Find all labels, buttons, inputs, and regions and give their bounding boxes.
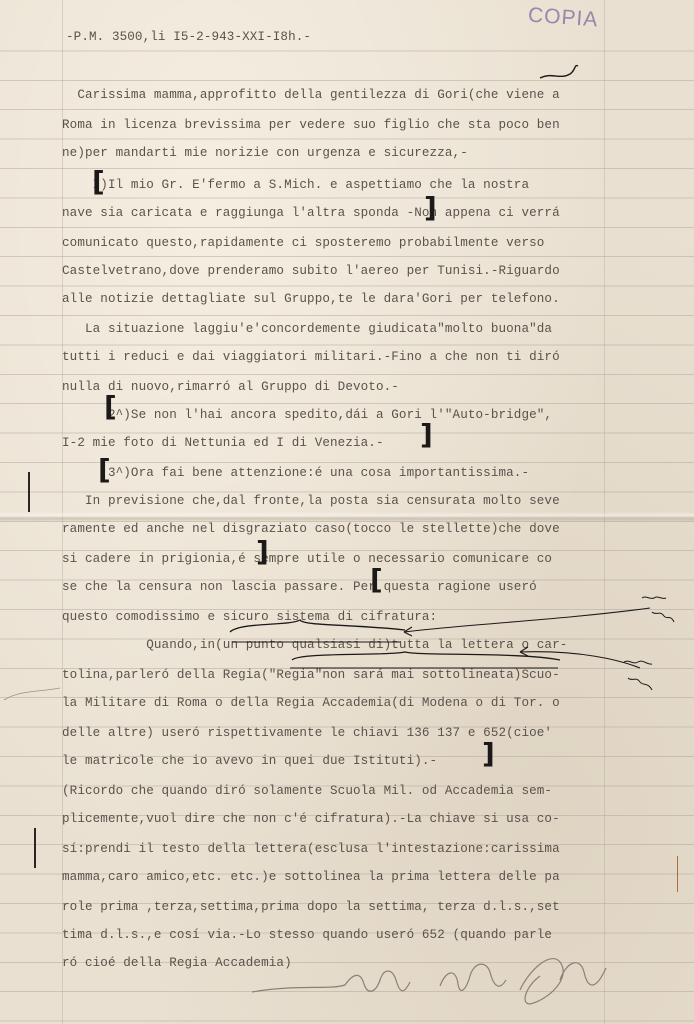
letter-line: ramente ed anche nel disgraziato caso(to… <box>62 522 560 536</box>
letter-line: si cadere in prigionia,é sempre utile o … <box>62 552 552 566</box>
paper-fold <box>0 512 694 522</box>
copia-stamp: COPIA <box>527 4 599 33</box>
letter-line: Carissima mamma,approfitto della gentile… <box>62 88 560 102</box>
letter-line: questo comodissimo e sicuro sistema di c… <box>62 610 437 624</box>
letter-line: comunicato questo,rapidamente ci sposter… <box>62 236 544 250</box>
letter-line: Roma in licenza brevissima per vedere su… <box>62 118 560 132</box>
letter-line: se che la censura non lascia passare. Pe… <box>62 580 537 594</box>
bracket-open: [ <box>92 168 105 196</box>
letter-line: mamma,caro amico,etc. etc.)e sottolinea … <box>62 870 560 884</box>
letter-line: tolina,parleró della Regia("Regia"non sa… <box>62 668 560 682</box>
letter-line: delle altre) useró rispettivamente le ch… <box>62 726 552 740</box>
bracket-open: [ <box>104 393 117 421</box>
bracket-close: ] <box>482 740 495 768</box>
bracket-open: [ <box>370 566 383 594</box>
letter-line: nave sia caricata e raggiunga l'altra sp… <box>62 206 560 220</box>
margin-mark <box>34 828 36 868</box>
letter-line: tima d.l.s.,e cosí via.-Lo stesso quando… <box>62 928 552 942</box>
letter-line: ró cioé della Regia Accademia) <box>62 956 292 970</box>
letter-line: alle notizie dettagliate sul Gruppo,te l… <box>62 292 560 306</box>
letter-line: (Ricordo che quando diró solamente Scuol… <box>62 784 552 798</box>
letter-line: I)Il mio Gr. E'fermo a S.Mich. e aspetti… <box>62 178 529 192</box>
letter-line: In previsione che,dal fronte,la posta si… <box>62 494 560 508</box>
letter-line: Quando,in(un punto qualsiasi di)tutta la… <box>62 638 567 652</box>
bracket-close: ] <box>424 194 437 222</box>
letter-line: I-2 mie foto di Nettunia ed I di Venezia… <box>62 436 384 450</box>
letter-line: Castelvetrano,dove prenderamo subito l'a… <box>62 264 560 278</box>
letter-line: ne)per mandarti mie norizie con urgenza … <box>62 146 468 160</box>
letter-header: -P.M. 3500,li I5-2-943-XXI-I8h.- <box>66 30 311 44</box>
bracket-open: [ <box>98 456 111 484</box>
margin-mark <box>28 472 30 512</box>
letter-line: role prima ,terza,settima,prima dopo la … <box>62 900 560 914</box>
letter-page: COPIA -P.M. 3500,li I5-2-943-XXI-I8h.- C… <box>0 0 694 1024</box>
letter-line: plicemente,vuol dire che non c'é cifratu… <box>62 812 560 826</box>
letter-line: sí:prendi il testo della lettera(esclusa… <box>62 842 560 856</box>
letter-line: 3^)Ora fai bene attenzione:é una cosa im… <box>62 466 529 480</box>
bracket-close: ] <box>256 538 269 566</box>
letter-line: le matricole che io avevo in quei due Is… <box>62 754 437 768</box>
letter-line: tutti i reduci e dai viaggiatori militar… <box>62 350 560 364</box>
letter-line: La situazione laggiu'e'concordemente giu… <box>62 322 552 336</box>
margin-mark <box>677 856 678 892</box>
letter-line: 2^)Se non l'hai ancora spedito,dái a Gor… <box>62 408 552 422</box>
letter-line: la Militare di Roma o della Regia Accade… <box>62 696 560 710</box>
bracket-close: ] <box>420 421 433 449</box>
